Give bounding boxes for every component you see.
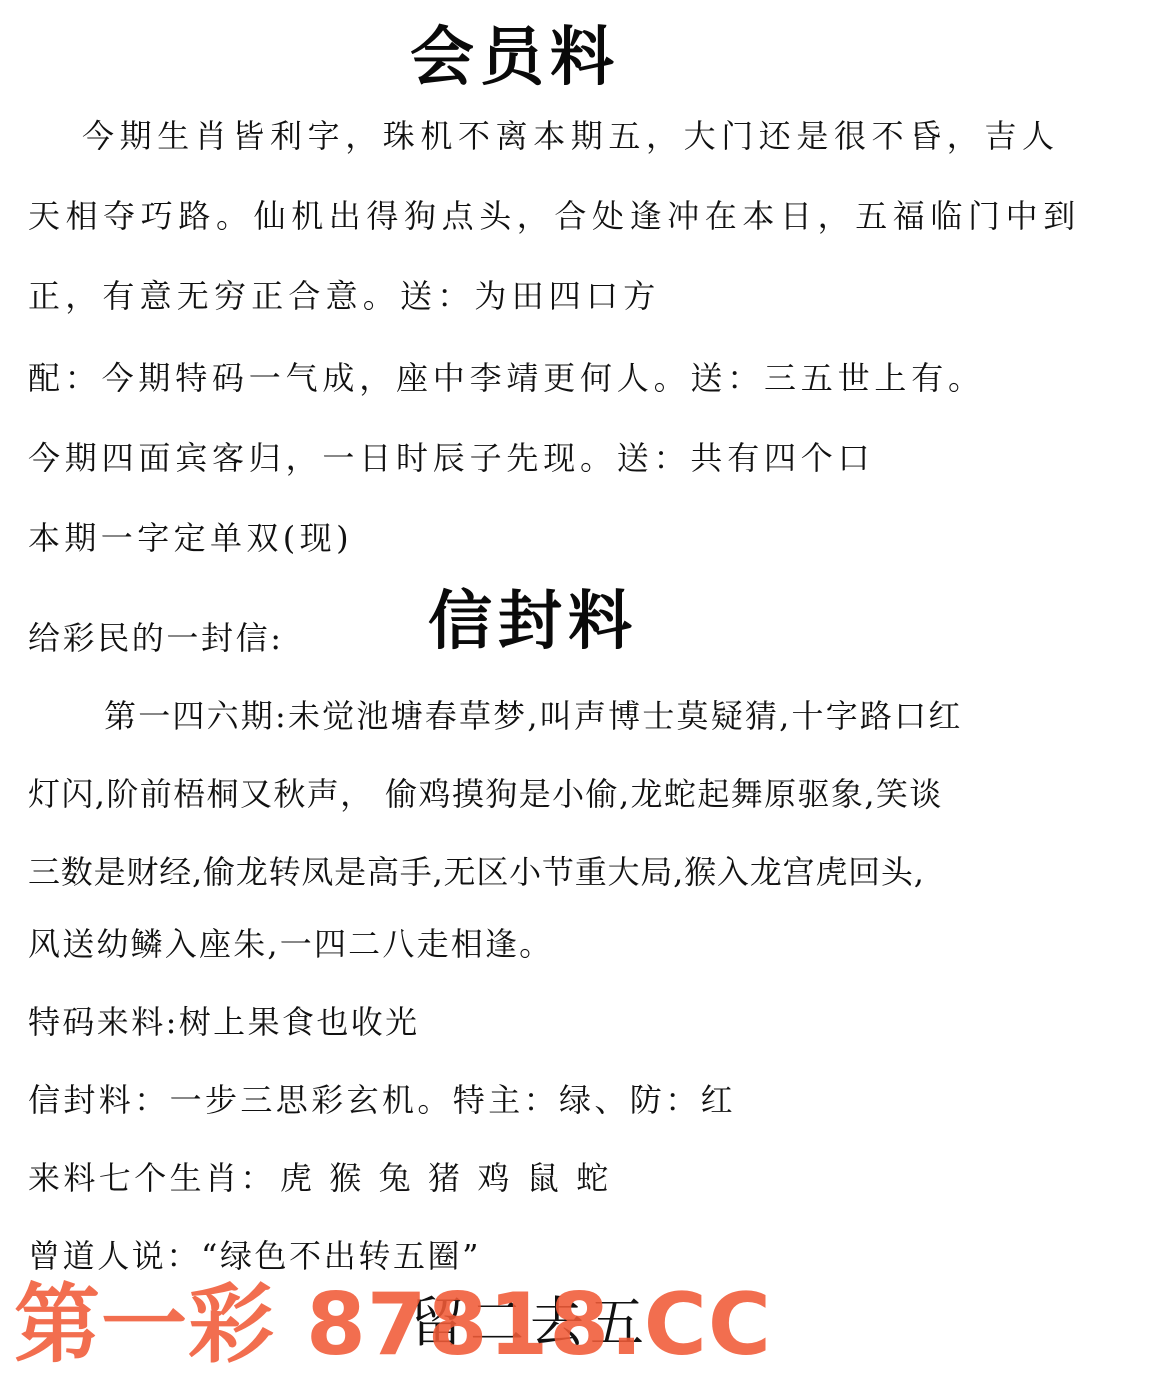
zodiac-item: 鸡 [477, 1159, 512, 1197]
letter-intro-label: 给彩民的一封信: [28, 622, 284, 654]
site-watermark: 第一彩 87818.CC [14, 1282, 772, 1368]
quote-line: 曾道人说：“绿色不出转五圈” [28, 1240, 481, 1272]
member-text-line: 今期四面宾客归，一日时辰子先现。送：共有四个口 [28, 442, 874, 474]
zodiac-item: 虎 [280, 1159, 315, 1197]
member-text-line: 本期一字定单双(现) [28, 522, 353, 554]
envelope-hint-line: 信封料：一步三思彩玄机。特主：绿、防：红 [28, 1084, 736, 1116]
envelope-text-line: 灯闪,阶前梧桐又秋声， 偷鸡摸狗是小偷,龙蛇起舞原驱象,笑谈 [28, 778, 943, 810]
zodiac-item: 蛇 [576, 1159, 611, 1197]
member-text-line: 天相夺巧路。仙机出得狗点头，合处逢冲在本日，五福临门中到 [28, 200, 1081, 232]
envelope-text-line: 三数是财经,偷龙转凤是高手,无区小节重大局,猴入龙宫虎回头, [28, 856, 925, 888]
document-page: 会员料 今期生肖皆利字，珠机不离本期五，大门还是很不昏，吉人 天相夺巧路。仙机出… [0, 0, 1150, 1388]
zodiac-item: 猪 [428, 1159, 463, 1197]
zodiac-label: 来料七个生肖： [28, 1159, 276, 1197]
member-text-line: 今期生肖皆利字，珠机不离本期五，大门还是很不昏，吉人 [82, 120, 1060, 152]
section-title-envelope: 信封料 [428, 590, 638, 654]
zodiac-line: 来料七个生肖：虎猴兔猪鸡鼠蛇 [28, 1162, 626, 1194]
zodiac-item: 猴 [329, 1159, 364, 1197]
envelope-text-line: 风送幼鳞入座朱,一四二八走相逢。 [28, 928, 553, 960]
envelope-text-line: 第一四六期:未觉池塘春草梦,叫声博士莫疑猜,十字路口红 [104, 700, 963, 732]
member-text-line: 正，有意无穷正合意。送：为田四口方 [28, 280, 660, 312]
member-text-line: 配：今期特码一气成，座中李靖更何人。送：三五世上有。 [28, 362, 985, 394]
zodiac-item: 鼠 [527, 1159, 562, 1197]
section-title-member: 会员料 [410, 26, 620, 90]
special-code-line: 特码来料:树上果食也收光 [28, 1006, 420, 1038]
zodiac-item: 兔 [379, 1159, 414, 1197]
